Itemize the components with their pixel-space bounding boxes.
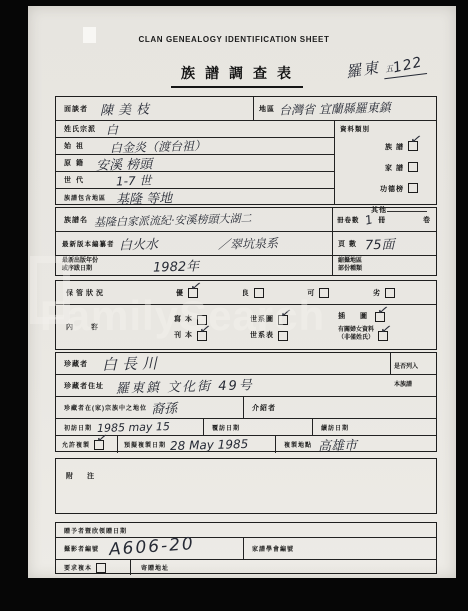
volumes-label: 冊卷數 — [337, 215, 360, 224]
condition-label: 保管狀況 — [66, 288, 176, 298]
generation-value: 1-7 世 — [116, 171, 152, 189]
category-merit-label: 功德榜 — [380, 186, 404, 193]
introducer-label: 介紹者 — [252, 403, 276, 413]
cell-society-number: 家譜學會編號 — [244, 538, 436, 559]
row-surname: 姓氏宗派 白 — [56, 121, 334, 138]
content-women-checkbox-icon: ✓ — [378, 331, 387, 340]
category-family-label: 家 譜 — [385, 165, 404, 172]
copy-place-value: 高雄市 — [318, 434, 357, 454]
check-mark-icon: ✓ — [188, 277, 203, 296]
founder-label: 始祖 — [64, 141, 88, 151]
mailing-address-label: 寄贈地址 — [141, 563, 169, 572]
row-donor: 贈予者暨欣領贈日期 — [56, 523, 436, 538]
cell-interviewer: 面談者 陳美枝 — [56, 97, 254, 120]
interviewer-value: 陳美枝 — [100, 98, 154, 118]
condition-fair: 可✓ — [307, 288, 328, 298]
genealogy-name-label: 族譜名 — [64, 215, 88, 225]
copy-request-label: 要求複本 — [64, 563, 92, 572]
section-filming-admin: 贈予者暨欣領贈日期 攝影者編號 A606-20 家譜學會編號 要求複本 ✓ 寄贈… — [55, 522, 437, 574]
genealogy-name-continuation: ／翠坑泉系 — [217, 234, 277, 253]
listed-label-line2: 本族譜 — [394, 382, 412, 388]
copy-place-label: 複製地點 — [284, 440, 312, 449]
cell-genealogy-name: 族譜名 基隆白家派流紀·安溪榜頭大湖二 — [56, 208, 332, 231]
category-item-family-genealogy: 家 譜✓ — [340, 157, 431, 175]
next-visit-label: 續訪日期 — [321, 423, 349, 432]
cell-second-visit: 覆訪日期 — [204, 419, 313, 435]
filming-label-line2: 部份種類 — [338, 266, 362, 272]
form-title: 族譜調查表 — [171, 63, 303, 88]
check-mark-icon: ✓ — [378, 319, 393, 338]
content-illustrations-label: 插 圖 — [338, 311, 371, 321]
cell-owner: 珍藏者 白長川 — [56, 353, 390, 374]
section-notes: 附 注 — [55, 458, 437, 514]
content-pedigree-chart-checkbox-icon: ✓ — [278, 315, 287, 324]
category-item-clan-genealogy: 族 譜✓ — [340, 136, 431, 154]
content-women-records: 有關婦女資料 （非僅姓氏） ✓ — [338, 327, 436, 343]
check-mark-icon: ✓ — [278, 303, 293, 322]
row-position-introducer: 珍藏者在(家)宗族中之地位 裔孫 介紹者 — [56, 397, 436, 419]
cell-next-visit: 續訪日期 — [313, 419, 436, 435]
category-column: 資料類別 族 譜✓ 家 譜✓ 功德榜✓ 其他 — [335, 121, 436, 205]
cell-photographer-number: 攝影者編號 A606-20 — [56, 538, 244, 559]
cell-copy-date: 預擬複製日期 28 May 1985 — [118, 436, 276, 453]
pubyear-label: 最新出版年份 或序跋日期 — [62, 258, 98, 274]
content-pedigree-table-checkbox-icon: ✓ — [278, 331, 287, 340]
form-title-wrap: 族譜調查表 — [132, 63, 342, 88]
position-label: 珍藏者在(家)宗族中之地位 — [64, 403, 147, 412]
origin-label: 原籍 — [64, 158, 88, 168]
copy-permit-checkbox-icon: ✓ — [94, 440, 103, 449]
volumes-unit-ce: 冊 — [378, 215, 386, 225]
cell-pubyear: 最新出版年份 或序跋日期 1982年 — [56, 256, 332, 275]
listed-label-line1: 是否列入 — [394, 364, 418, 370]
content-printed-checkbox-icon: ✓ — [197, 331, 206, 340]
first-visit-label: 初訪日期 — [64, 423, 92, 432]
owner-label: 珍藏者 — [64, 359, 88, 369]
contents-col-illustrations: 插 圖✓ 有關婦女資料 （非僅姓氏） ✓ — [338, 311, 436, 343]
copy-date-value: 28 May 1985 — [170, 436, 249, 452]
condition-good-checkbox-icon: ✓ — [254, 288, 263, 297]
society-number-label: 家譜學會編號 — [252, 544, 294, 553]
contents-col-pedigree: 世系圖✓ 世系表✓ — [250, 314, 338, 340]
copy-request-checkbox-icon: ✓ — [96, 563, 105, 572]
owner-address-label: 珍藏者住址 — [64, 381, 104, 391]
pages-value: 75面 — [365, 234, 395, 254]
pubyear-label-line2: 或序跋日期 — [62, 266, 92, 272]
content-women-label-line1: 有關婦女資料 — [338, 327, 374, 333]
row-compiler-pages: 最新版本編纂者 白火水 ／翠坑泉系 頁 數 75面 — [56, 232, 436, 256]
check-mark-icon: ✓ — [408, 130, 423, 149]
copy-date-label: 預擬複製日期 — [124, 440, 166, 449]
condition-poor-label: 劣 — [373, 288, 381, 298]
filming-label: 縮攝地區 部份種類 — [338, 258, 362, 274]
condition-excellent-label: 優 — [176, 288, 184, 298]
surname-value: 白 — [106, 120, 118, 137]
compiler-label: 最新版本編纂者 — [62, 239, 115, 248]
genealogy-name-value: 基隆白家派流紀·安溪榜頭大湖二 — [94, 209, 252, 229]
category-merit-checkbox-icon: ✓ — [408, 183, 417, 192]
area-value: 台灣省 宜蘭縣羅東鎮 — [279, 99, 391, 119]
annotation-number-underlined: 五122 — [382, 54, 427, 79]
photographer-number-label: 攝影者編號 — [64, 544, 99, 553]
content-manuscript-label: 寫 本 — [174, 314, 193, 324]
contents-label: 內 容 — [66, 322, 174, 332]
coverage-value: 基隆 等地 — [116, 187, 173, 207]
compiler-value: 白火水 — [118, 233, 157, 253]
interviewer-label: 面談者 — [64, 104, 88, 114]
annotation-place: 羅東 — [345, 56, 382, 82]
row-founder: 始祖 白金炎（渡台祖） — [56, 138, 334, 155]
check-mark-icon: ✓ — [375, 301, 390, 320]
condition-good: 良✓ — [242, 288, 263, 298]
cell-filming: 縮攝地區 部份種類 — [332, 256, 436, 275]
notes-box: 附 注 — [56, 459, 436, 513]
condition-poor-checkbox-icon: ✓ — [385, 288, 394, 297]
coverage-label: 族譜包含地區 — [64, 193, 106, 202]
section-basic-info: 面談者 陳美枝 地區 台灣省 宜蘭縣羅東鎮 姓氏宗派 白 始祖 白金炎（渡台祖）… — [55, 96, 437, 205]
row-visit-dates: 初訪日期 1985 may 15 覆訪日期 續訪日期 — [56, 419, 436, 436]
cell-position: 珍藏者在(家)宗族中之地位 裔孫 — [56, 397, 244, 418]
content-printed: 刊 本✓ — [174, 330, 250, 340]
row-genealogy-name: 族譜名 基隆白家派流紀·安溪榜頭大湖二 冊卷數 1 冊 卷 — [56, 208, 436, 232]
scanned-genealogy-sheet: { "scan": { "header_en": "CLAN GENEALOGY… — [0, 0, 468, 611]
pubyear-value: 1982年 — [153, 255, 200, 275]
owner-address-value: 羅東鎮 文化街 49号 — [116, 374, 254, 397]
condition-fair-checkbox-icon: ✓ — [319, 288, 328, 297]
content-women-label-line2: （非僅姓氏） — [338, 335, 374, 341]
condition-excellent: 優✓ — [176, 288, 197, 298]
position-value: 裔孫 — [151, 398, 178, 418]
content-illustrations: 插 圖✓ — [338, 311, 436, 321]
pages-label: 頁 數 — [338, 239, 357, 249]
area-label: 地區 — [259, 104, 275, 114]
form-header-english: CLAN GENEALOGY IDENTIFICATION SHEET — [28, 35, 440, 44]
volumes-value: 1 — [363, 212, 374, 227]
row-coverage: 族譜包含地區 基隆 等地 — [56, 189, 334, 206]
cell-copy-place: 複製地點 高雄市 — [276, 436, 436, 453]
check-mark-icon: ✓ — [94, 429, 109, 448]
row-copy-request: 要求複本 ✓ 寄贈地址 — [56, 560, 436, 575]
cell-copy-request: 要求複本 ✓ — [56, 560, 131, 575]
origin-value: 安溪 榜頭 — [96, 153, 153, 173]
cell-copy-permit: 允許複製 ✓ — [56, 436, 118, 453]
generation-label: 世代 — [64, 175, 88, 185]
content-pedigree-table: 世系表✓ — [250, 330, 338, 340]
second-visit-label: 覆訪日期 — [212, 423, 240, 432]
contents-col-manuscript: 寫 本✓ 刊 本✓ — [174, 314, 250, 340]
cell-compiler: 最新版本編纂者 白火水 ／翠坑泉系 — [56, 232, 332, 255]
category-item-merit-board: 功德榜✓ — [340, 178, 431, 196]
condition-excellent-checkbox-icon: ✓ — [188, 288, 197, 297]
cell-volumes: 冊卷數 1 冊 卷 — [332, 208, 436, 231]
handwritten-page-annotation: 羅東五122 — [345, 51, 427, 84]
notes-label: 附 注 — [66, 473, 100, 480]
cell-mailing-address: 寄贈地址 — [131, 560, 436, 575]
category-family-checkbox-icon: ✓ — [408, 162, 417, 171]
filming-label-line1: 縮攝地區 — [338, 258, 362, 264]
scanned-paper: CLAN GENEALOGY IDENTIFICATION SHEET 族譜調查… — [28, 6, 456, 578]
volumes-unit-juan: 卷 — [423, 215, 431, 225]
cell-pages: 頁 數 75面 — [332, 232, 436, 255]
row-contents: 內 容 寫 本✓ 刊 本✓ 世系圖✓ 世系表✓ 插 圖✓ 有關婦女資料 （非僅姓… — [56, 305, 436, 349]
condition-good-label: 良 — [242, 288, 250, 298]
category-clan-checkbox-icon: ✓ — [408, 141, 417, 150]
row-origin: 原籍 安溪 榜頭 — [56, 155, 334, 172]
content-pedigree-chart: 世系圖✓ — [250, 314, 338, 324]
cell-first-visit: 初訪日期 1985 may 15 — [56, 419, 204, 435]
row-owner-address: 珍藏者住址 羅東鎮 文化街 49号 — [56, 375, 436, 397]
row-interviewer-area: 面談者 陳美枝 地區 台灣省 宜蘭縣羅東鎮 — [56, 97, 436, 121]
content-women-label: 有關婦女資料 （非僅姓氏） — [338, 327, 374, 343]
section-genealogy-edition: 族譜名 基隆白家派流紀·安溪榜頭大湖二 冊卷數 1 冊 卷 最新版本編纂者 白火… — [55, 207, 437, 276]
row-owner: 珍藏者 白長川 是否列入 本族譜 — [56, 353, 436, 375]
category-clan-label: 族 譜 — [385, 144, 404, 151]
condition-options: 優✓ 良✓ 可✓ 劣✓ — [176, 288, 436, 298]
annotation-number: 122 — [391, 54, 424, 76]
check-mark-icon: ✓ — [197, 319, 212, 338]
row-pubyear-film: 最新出版年份 或序跋日期 1982年 縮攝地區 部份種類 — [56, 256, 436, 275]
owner-value: 白長川 — [102, 352, 163, 375]
row-copy-permission: 允許複製 ✓ 預擬複製日期 28 May 1985 複製地點 高雄市 — [56, 436, 436, 453]
condition-fair-label: 可 — [307, 288, 315, 298]
basic-fields-column: 姓氏宗派 白 始祖 白金炎（渡台祖） 原籍 安溪 榜頭 世代 1-7 世 族譜包… — [56, 121, 335, 205]
content-pedigree-chart-label: 世系圖 — [250, 314, 274, 324]
condition-poor: 劣✓ — [373, 288, 394, 298]
section-owner-visits: 珍藏者 白長川 是否列入 本族譜 珍藏者住址 羅東鎮 文化街 49号 珍藏者在(… — [55, 352, 437, 452]
row-photographer-number: 攝影者編號 A606-20 家譜學會編號 — [56, 538, 436, 560]
cell-introducer: 介紹者 — [244, 397, 436, 418]
pubyear-label-line1: 最新出版年份 — [62, 258, 98, 264]
content-printed-label: 刊 本 — [174, 330, 193, 340]
photographer-number-value: A606-20 — [108, 534, 195, 560]
founder-value: 白金炎（渡台祖） — [110, 136, 206, 156]
content-pedigree-table-label: 世系表 — [250, 330, 274, 340]
copy-permit-label: 允許複製 — [62, 440, 90, 449]
donor-label: 贈予者暨欣領贈日期 — [64, 526, 127, 535]
section-condition-contents: 保管狀況 優✓ 良✓ 可✓ 劣✓ 內 容 寫 本✓ 刊 本✓ 世系圖✓ 世系表✓… — [55, 280, 437, 350]
surname-label: 姓氏宗派 — [64, 124, 96, 134]
row-generation: 世代 1-7 世 — [56, 172, 334, 189]
cell-area: 地區 台灣省 宜蘭縣羅東鎮 — [254, 97, 436, 120]
cell-listed-in-genealogy: 是否列入 本族譜 — [390, 353, 436, 374]
